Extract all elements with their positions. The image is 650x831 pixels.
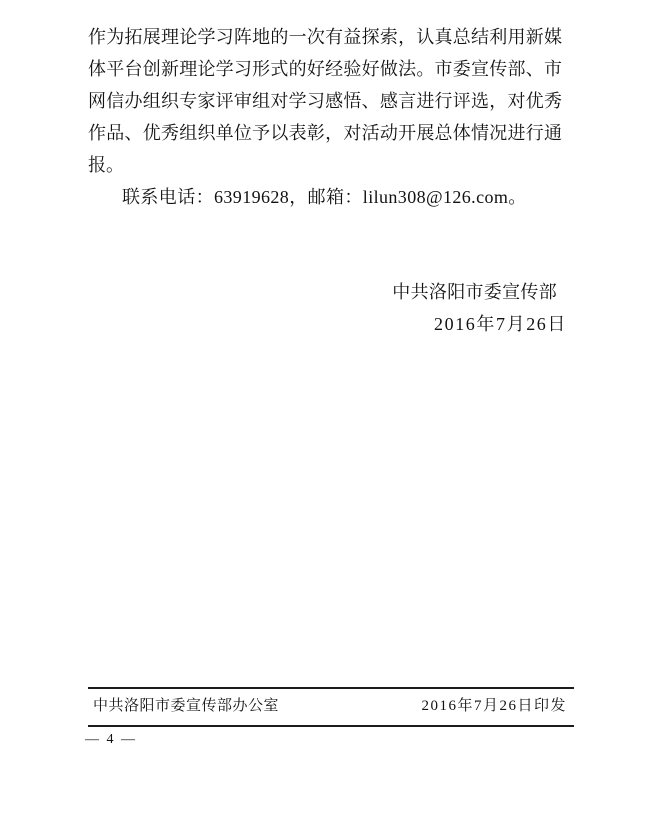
- contact-info-line: 联系电话：63919628，邮箱：lilun308@126.com。: [88, 181, 562, 213]
- document-page: 作为拓展理论学习阵地的一次有益探索，认真总结利用新媒 体平台创新理论学习形式的好…: [0, 0, 650, 831]
- body-paragraph: 作为拓展理论学习阵地的一次有益探索，认真总结利用新媒 体平台创新理论学习形式的好…: [88, 21, 562, 213]
- body-line: 报。: [88, 149, 562, 181]
- signature-organization: 中共洛阳市委宣传部: [392, 276, 567, 308]
- page-number: — 4 —: [85, 732, 137, 748]
- body-line: 作为拓展理论学习阵地的一次有益探索，认真总结利用新媒: [88, 21, 562, 53]
- footer-print-date: 2016年7月26日印发: [421, 695, 574, 717]
- footer-issuing-office: 中共洛阳市委宣传部办公室: [88, 695, 279, 717]
- signature-block: 中共洛阳市委宣传部 2016年7月26日: [392, 276, 567, 340]
- body-line: 作品、优秀组织单位予以表彰，对活动开展总体情况进行通: [88, 117, 562, 149]
- footer-bottom-rule: [88, 725, 574, 727]
- signature-date: 2016年7月26日: [392, 308, 567, 340]
- footer-row: 中共洛阳市委宣传部办公室 2016年7月26日印发: [88, 695, 574, 717]
- body-line: 体平台创新理论学习形式的好经验好做法。市委宣传部、市: [88, 53, 562, 85]
- body-line: 网信办组织专家评审组对学习感悟、感言进行评选，对优秀: [88, 85, 562, 117]
- footer-top-rule: [88, 687, 574, 689]
